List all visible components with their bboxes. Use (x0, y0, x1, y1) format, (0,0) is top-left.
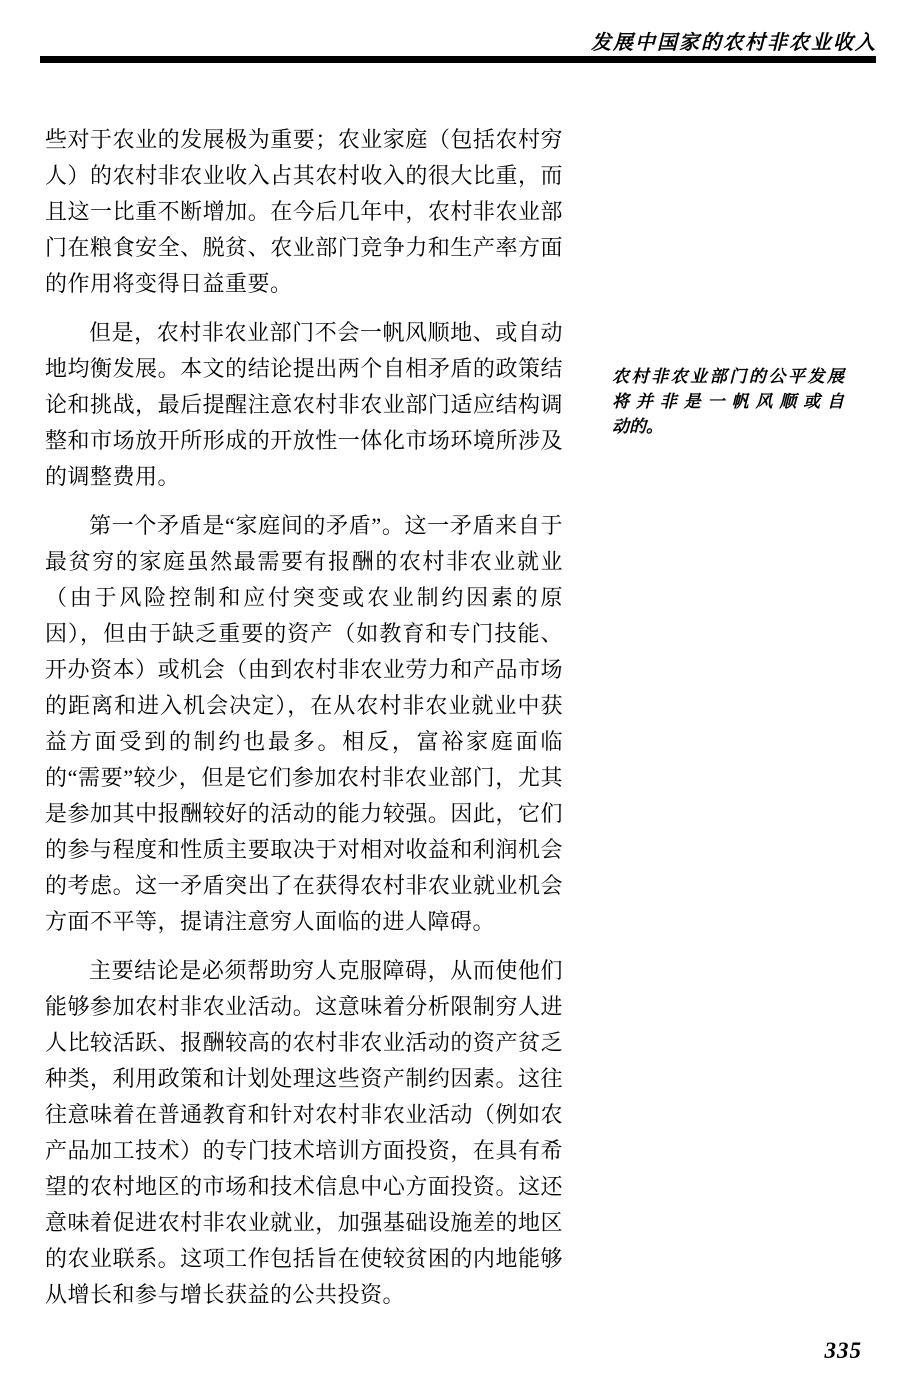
document-page: 发展中国家的农村非农业收入 些对于农业的发展极为重要；农业家庭（包括农村穷人）的… (0, 0, 900, 1400)
margin-note: 农村非农业部门的公平发展 将并非是一帆风顺或自 动的。 (612, 364, 844, 439)
body-paragraph-1: 些对于农业的发展极为重要；农业家庭（包括农村穷人）的农村非农业收入占其农村收入的… (45, 122, 563, 302)
body-paragraph-3: 第一个矛盾是“家庭间的矛盾”。这一矛盾来自于最贫穷的家庭虽然最需要有报酬的农村非… (45, 508, 563, 940)
running-head-title: 发展中国家的农村非农业收入 (591, 26, 877, 55)
header-rule (40, 56, 876, 63)
body-paragraph-4: 主要结论是必须帮助穷人克服障碍，从而使他们能够参加农村非农业活动。这意味着分析限… (45, 953, 563, 1313)
margin-note-line: 农村非农业部门的公平发展 (612, 364, 844, 389)
body-text-column: 些对于农业的发展极为重要；农业家庭（包括农村穷人）的农村非农业收入占其农村收入的… (45, 122, 563, 1326)
body-paragraph-2: 但是，农村非农业部门不会一帆风顺地、或自动地均衡发展。本文的结论提出两个自相矛盾… (45, 315, 563, 495)
margin-note-line: 动的。 (612, 414, 844, 439)
page-number: 335 (825, 1338, 863, 1364)
margin-note-line: 将并非是一帆风顺或自 (612, 389, 844, 414)
